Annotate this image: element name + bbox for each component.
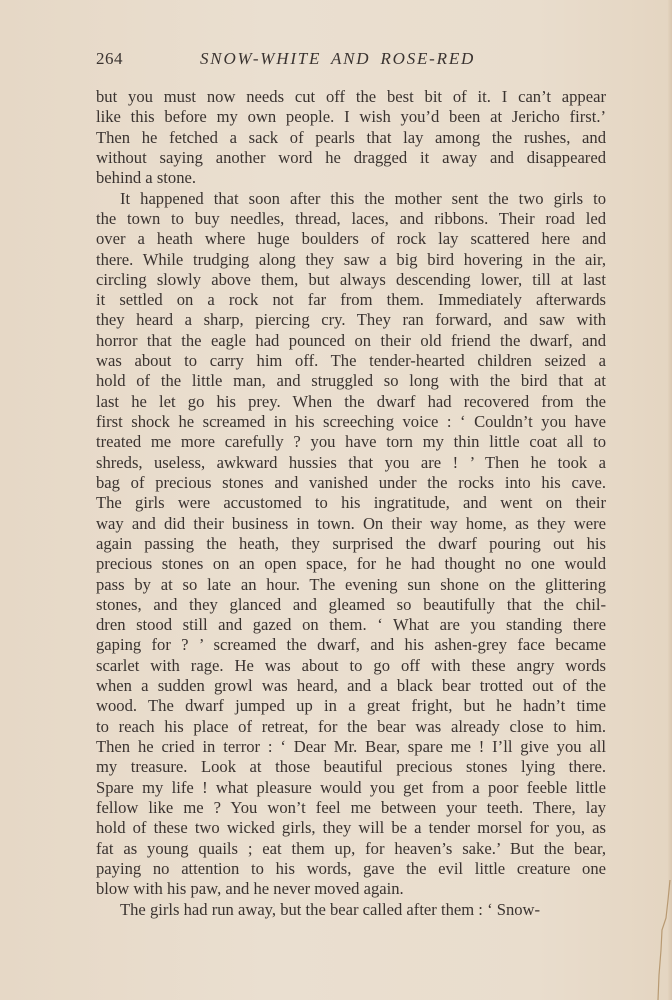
text-line: first shock he screamed in his screechin… — [96, 412, 606, 432]
text-line: to reach his place of retreat, for the b… — [96, 717, 606, 737]
text-line: but you must now needs cut off the best … — [96, 87, 606, 107]
text-line: again passing the heath, they surprised … — [96, 534, 606, 554]
text-line: they heard a sharp, piercing cry. They r… — [96, 310, 606, 330]
text-line: Spare my life ! what pleasure would you … — [96, 778, 606, 798]
text-line: It happened that soon after this the mot… — [96, 189, 606, 209]
text-line: hold of these two wicked girls, they wil… — [96, 818, 606, 838]
text-line: fat as young quails ; eat them up, for h… — [96, 839, 606, 859]
text-line: was about to carry him off. The tender-h… — [96, 351, 606, 371]
text-line: without saying another word he dragged i… — [96, 148, 606, 168]
text-line: when a sudden growl was heard, and a bla… — [96, 676, 606, 696]
running-title: SNOW-WHITE AND ROSE-RED — [200, 47, 475, 71]
text-line: scarlet with rage. He was about to go of… — [96, 656, 606, 676]
text-line: treated me more carefully ? you have tor… — [96, 432, 606, 452]
text-line: horror that the eagle had pounced on the… — [96, 331, 606, 351]
text-line: shreds, useless, awkward hussies that yo… — [96, 453, 606, 473]
text-line: precious stones on an open space, for he… — [96, 554, 606, 574]
text-line: the town to buy needles, thread, laces, … — [96, 209, 606, 229]
text-line: paying no attention to his words, gave t… — [96, 859, 606, 879]
book-page: 264 SNOW-WHITE AND ROSE-RED but you must… — [0, 0, 672, 1000]
text-line: Then he fetched a sack of pearls that la… — [96, 128, 606, 148]
body-text: but you must now needs cut off the best … — [96, 87, 606, 920]
text-line: behind a stone. — [96, 168, 606, 188]
text-line: my treasure. Look at those beautiful pre… — [96, 757, 606, 777]
text-line: wood. The dwarf jumped up in a great fri… — [96, 696, 606, 716]
text-line: gaping for ? ’ screamed the dwarf, and h… — [96, 635, 606, 655]
text-line: way and did their business in town. On t… — [96, 514, 606, 534]
text-line: Then he cried in terror : ‘ Dear Mr. Bea… — [96, 737, 606, 757]
text-line: last he let go his prey. When the dwarf … — [96, 392, 606, 412]
text-line: pass by at so late an hour. The evening … — [96, 575, 606, 595]
text-line: stones, and they glanced and gleamed so … — [96, 595, 606, 615]
text-line: fellow like me ? You won’t feel me betwe… — [96, 798, 606, 818]
text-line: over a heath where huge boulders of rock… — [96, 229, 606, 249]
page-edge — [668, 0, 672, 1000]
page-number: 264 — [96, 47, 123, 71]
text-line: circling slowly above them, but always d… — [96, 270, 606, 290]
text-line: like this before my own people. I wish y… — [96, 107, 606, 127]
text-line: there. While trudging along they saw a b… — [96, 250, 606, 270]
text-line: bag of precious stones and vanished unde… — [96, 473, 606, 493]
text-line: dren stood still and gazed on them. ‘ Wh… — [96, 615, 606, 635]
text-line: The girls were accustomed to his ingrati… — [96, 493, 606, 513]
text-line: The girls had run away, but the bear cal… — [96, 900, 606, 920]
page-header: 264 SNOW-WHITE AND ROSE-RED — [96, 47, 606, 71]
text-line: hold of the little man, and struggled so… — [96, 371, 606, 391]
paper-tear-decoration — [656, 880, 672, 1000]
text-line: it settled on a rock not far from them. … — [96, 290, 606, 310]
text-line: blow with his paw, and he never moved ag… — [96, 879, 606, 899]
